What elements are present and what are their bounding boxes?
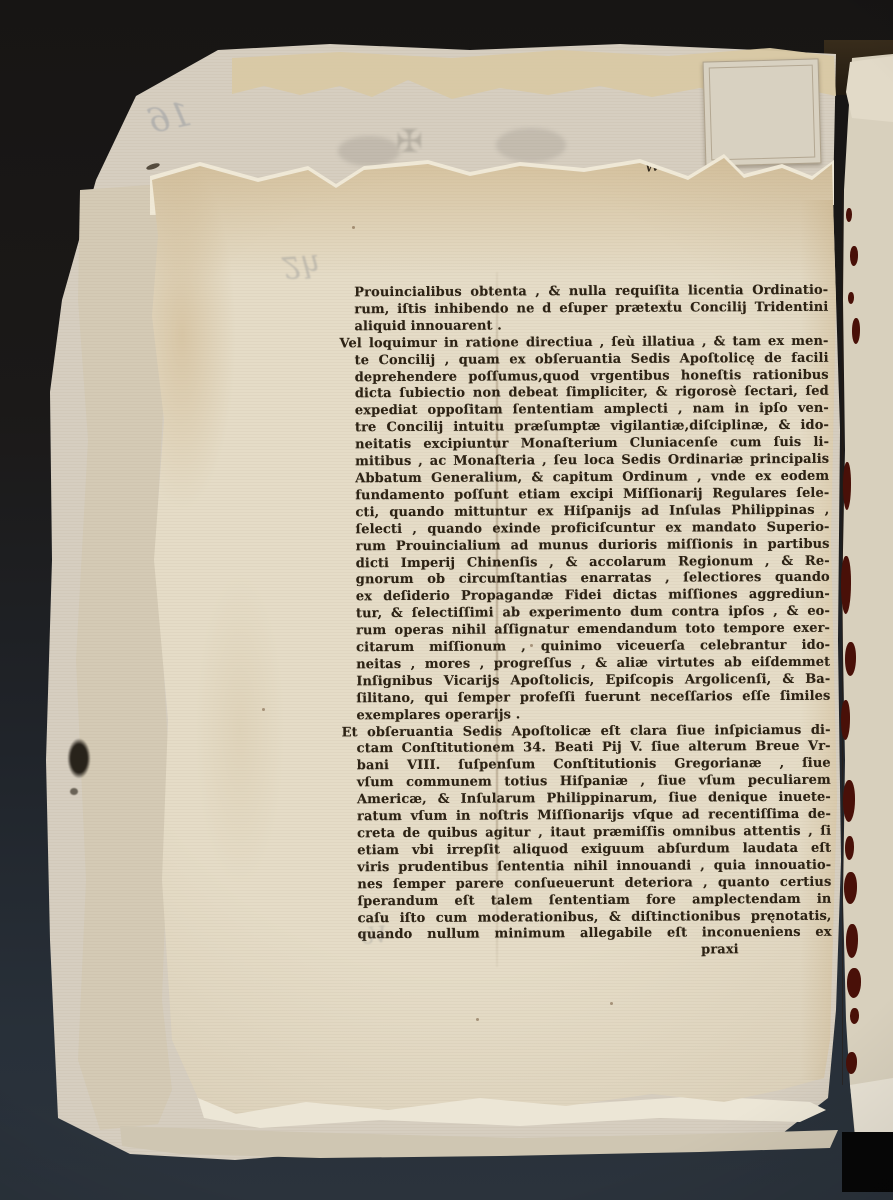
foxing-speck bbox=[668, 300, 671, 303]
water-stain bbox=[146, 170, 266, 640]
folded-leaf-corner bbox=[703, 58, 822, 166]
handwritten-number: 16 bbox=[144, 94, 195, 142]
printed-text-block: Prouincialibus obtenta , & nulla requiſi… bbox=[354, 283, 832, 962]
foxing-speck bbox=[352, 226, 355, 229]
text-line: quando nullum minimum allegabile eſt inc… bbox=[358, 925, 832, 944]
text-line: ſperandum eſt talem ſententiam fore ampl… bbox=[357, 891, 831, 910]
gutter-seam bbox=[842, 190, 843, 1085]
text-line: Inſignibus Vicarijs Apoſtolicis, Epiſcop… bbox=[356, 672, 830, 691]
text-line: te Concilij , quam ex obſeruantia Sedis … bbox=[355, 350, 829, 369]
water-stain bbox=[180, 520, 300, 940]
ink-smudge bbox=[338, 136, 400, 166]
fold-line bbox=[709, 65, 816, 161]
ink-blot-dot bbox=[70, 788, 78, 795]
foxing-speck bbox=[262, 708, 265, 711]
shadow-gap bbox=[842, 1132, 893, 1192]
text-line: viris prudentibus ſententia nihil innoua… bbox=[357, 858, 831, 877]
text-line: praxi bbox=[358, 942, 832, 961]
photographed-manuscript-scene: 16 ✠ Prouincialibus obtenta , & nulla re… bbox=[0, 0, 893, 1200]
foxing-speck bbox=[610, 1002, 613, 1005]
text-line: ſelecti , quando exinde proficiſcuntur e… bbox=[355, 519, 829, 538]
pencil-mark: 2h bbox=[281, 247, 322, 285]
text-line: Vel loquimur in ratione directiua , ſeù … bbox=[339, 333, 828, 352]
text-line: rum Prouincialium ad munus durioris miſſ… bbox=[356, 536, 830, 555]
foxing-speck bbox=[530, 644, 533, 647]
text-line: cti, quando mittuntur ex Hiſpanijs ad In… bbox=[355, 503, 829, 522]
text-line: ſilitano, qui ſemper profeſſi fuerunt ne… bbox=[356, 689, 830, 708]
text-line: rum, iſtis inhibendo ne d eſuper prætext… bbox=[354, 300, 828, 319]
foxing-speck bbox=[716, 508, 719, 511]
ink-smudge bbox=[496, 128, 566, 162]
text-line: fundamento poſſunt etiam excipi Miſſiona… bbox=[355, 486, 829, 505]
foxing-speck bbox=[476, 1018, 479, 1021]
text-line: nes ſemper parere conſueuerunt deteriora… bbox=[357, 874, 831, 893]
cross-stamp-icon: ✠ bbox=[396, 122, 423, 160]
